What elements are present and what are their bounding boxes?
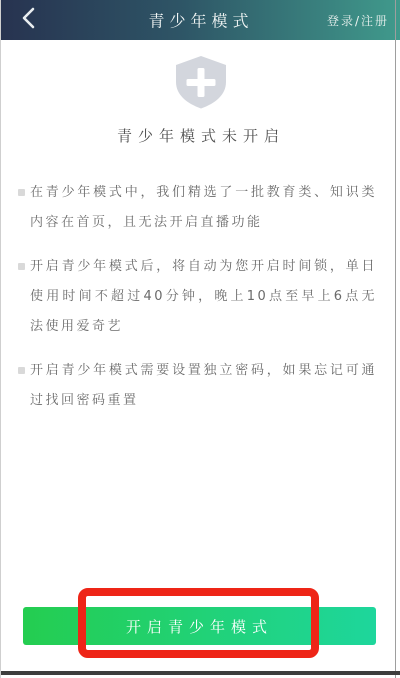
bullet-square-icon [18,367,25,374]
list-item-text: 开启青少年模式后，将自动为您开启时间锁，单日使用时间不超过40分钟，晚上10点至… [30,252,377,342]
list-item: 开启青少年模式后，将自动为您开启时间锁，单日使用时间不超过40分钟，晚上10点至… [18,252,377,342]
shield-plus-icon [173,55,229,113]
back-chevron-icon [19,5,37,35]
shield-status-wrap [1,55,400,113]
enable-teen-mode-button[interactable]: 开启青少年模式 [23,607,376,645]
status-title: 青少年模式未开启 [1,125,400,146]
header-bar: 青少年模式 登录/注册 [1,0,400,40]
teen-mode-screen: 青少年模式 登录/注册 青少年模式未开启 在青少年模式中，我们精选了一批教育类、… [0,0,400,678]
bullet-square-icon [18,189,25,196]
list-item-text: 开启青少年模式需要设置独立密码，如果忘记可通过找回密码重置 [30,356,377,416]
page-title: 青少年模式 [148,9,253,32]
bullet-square-icon [18,263,25,270]
list-item-text: 在青少年模式中，我们精选了一批教育类、知识类内容在首页，且无法开启直播功能 [30,178,377,238]
screen-bottom-edge [1,671,400,675]
list-item: 在青少年模式中，我们精选了一批教育类、知识类内容在首页，且无法开启直播功能 [18,178,377,238]
back-button[interactable] [13,5,43,35]
list-item: 开启青少年模式需要设置独立密码，如果忘记可通过找回密码重置 [18,356,377,416]
screen-right-edge [395,0,396,678]
info-list: 在青少年模式中，我们精选了一批教育类、知识类内容在首页，且无法开启直播功能 开启… [1,178,400,430]
login-register-link[interactable]: 登录/注册 [327,12,389,29]
